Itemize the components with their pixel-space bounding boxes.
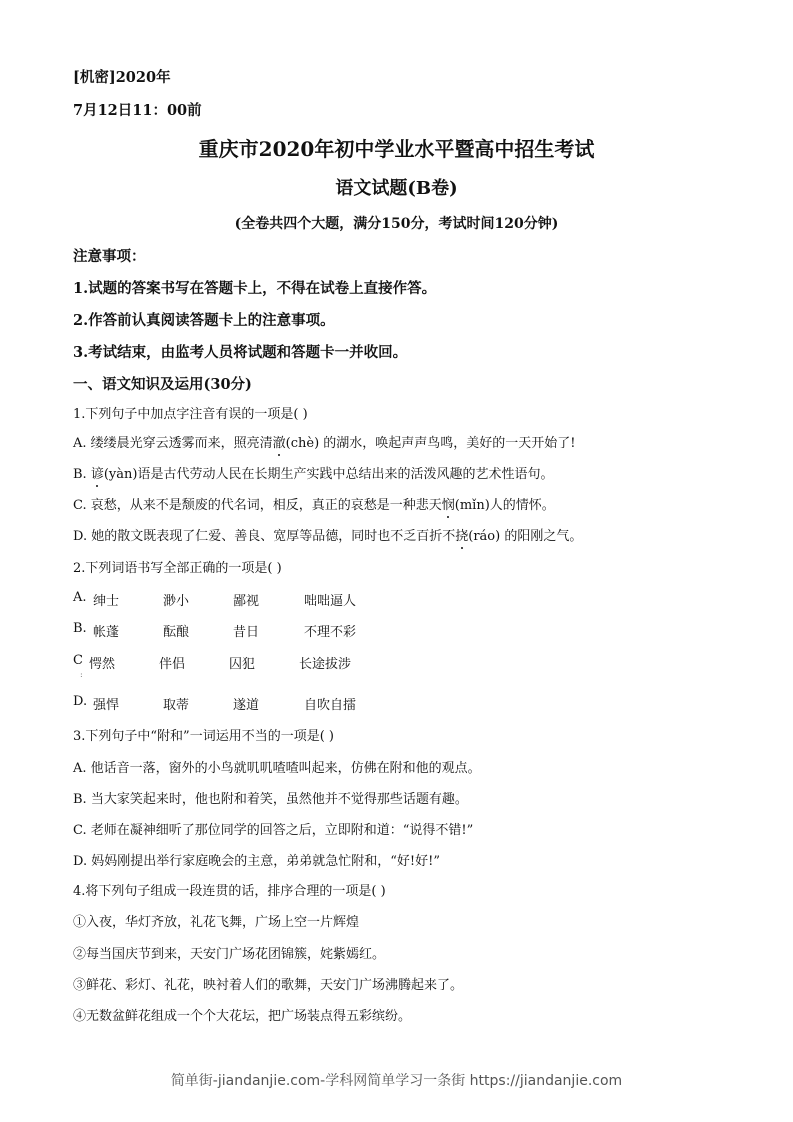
option-word: 取蒂 [163, 694, 189, 713]
option-word: 长途拔涉 [299, 653, 351, 672]
question-4-stem: 4.将下列句子组成一段连贯的话，排序合理的一项是( ) [73, 880, 386, 899]
option-text: A. 缕缕晨光穿云透雾而来，照亮清 [73, 436, 273, 451]
question-1-stem: 1.下列句子中加点字注音有误的一项是( ) [73, 403, 308, 422]
option-word: 昔日 [233, 621, 259, 640]
question-1-option-c: C. 哀愁，从来不是颓废的代名词，相反，真正的哀愁是一种悲天悯(mǐn)人的情怀… [73, 494, 555, 513]
exam-info: (全卷共四个大题，满分150分，考试时间120分钟) [0, 213, 793, 233]
section-heading: 一、语文知识及运用(30分) [73, 373, 252, 394]
dotted-char: 谚 [91, 463, 104, 482]
question-4-item: ③鲜花、彩灯、礼花，映衬着人们的歌舞，天安门广场沸腾起来了。 [73, 974, 463, 993]
dotted-char: 挠 [455, 525, 468, 544]
option-word: 绅士 [93, 590, 119, 609]
notice-item: 1.试题的答案书写在答题卡上，不得在试卷上直接作答。 [73, 277, 436, 298]
option-word: 囚犯 [229, 653, 255, 672]
exam-title: 重庆市2020年初中学业水平暨高中招生考试 [0, 133, 793, 162]
dotted-char: 悯 [442, 494, 455, 513]
option-word: 酝酿 [163, 621, 189, 640]
question-4-item: ④无数盆鲜花组成一个个大花坛，把广场装点得五彩缤纷。 [73, 1005, 411, 1024]
question-3-option-c: C. 老师在凝神细听了那位同学的回答之后，立即附和道：“说得不错!” [73, 819, 473, 838]
question-1-option-d: D. 她的散文既表现了仁爱、善良、宽厚等品德，同时也不乏百折不挠(ráo) 的阳… [73, 525, 582, 544]
option-word: 咄咄逼人 [304, 590, 356, 609]
option-word: 遂道 [233, 694, 259, 713]
notice-item: 2.作答前认真阅读答题卡上的注意事项。 [73, 309, 335, 330]
option-word: 不理不彩 [304, 621, 356, 640]
deadline-label: 7月12日11：00前 [73, 99, 202, 120]
option-label: A. [73, 590, 87, 605]
option-text: C. 哀愁，从来不是颓废的代名词，相反，真正的哀愁是一种悲天 [73, 498, 442, 513]
option-word: 愕然 [89, 653, 115, 672]
option-word: 鄙视 [233, 590, 259, 609]
option-text: (mǐn)人的情怀。 [455, 498, 555, 513]
option-text: D. 她的散文既表现了仁爱、善良、宽厚等品德，同时也不乏百折不 [73, 529, 455, 544]
exam-subtitle: 语文试题(B卷) [0, 174, 793, 200]
option-text: (chè) 的湖水，唤起声声鸟鸣，美好的一天开始了! [286, 436, 576, 451]
question-3-option-b: B. 当大家笑起来时，他也附和着笑，虽然他并不觉得那些话题有趣。 [73, 788, 468, 807]
option-word: 自吹自擂 [304, 694, 356, 713]
option-label: B. [73, 621, 87, 636]
question-3-option-a: A. 他话音一落，窗外的小鸟就叽叽喳喳叫起来，仿佛在附和他的观点。 [73, 757, 481, 776]
option-text: (yàn)语是古代劳动人民在长期生产实践中总结出来的活泼风趣的艺术性语句。 [104, 467, 554, 482]
notice-item: 3.考试结束，由监考人员将试题和答题卡一并收回。 [73, 341, 407, 362]
confidential-label: [机密]2020年 [73, 66, 171, 87]
question-4-item: ①入夜，华灯齐放，礼花飞舞，广场上空一片辉煌 [73, 911, 359, 930]
option-word: 帐蓬 [93, 621, 119, 640]
stray-mark: : [80, 670, 83, 679]
option-text: (ráo) 的阳刚之气。 [468, 529, 582, 544]
option-label: D. [73, 694, 87, 709]
exam-page: [机密]2020年 7月12日11：00前 重庆市2020年初中学业水平暨高中招… [0, 0, 793, 1122]
dotted-char: 澈 [273, 432, 286, 451]
option-label: C [73, 653, 83, 668]
option-word: 伴侣 [159, 653, 185, 672]
question-3-option-d: D. 妈妈刚提出举行家庭晚会的主意，弟弟就急忙附和，“好!好!” [73, 850, 440, 869]
notice-heading: 注意事项： [73, 245, 146, 266]
watermark-footer: 简单街-jiandanjie.com-学科网简单学习一条街 https://ji… [0, 1070, 793, 1090]
question-1-option-b: B. 谚(yàn)语是古代劳动人民在长期生产实践中总结出来的活泼风趣的艺术性语句… [73, 463, 553, 482]
question-1-option-a: A. 缕缕晨光穿云透雾而来，照亮清澈(chè) 的湖水，唤起声声鸟鸣，美好的一天… [73, 432, 576, 451]
question-2-stem: 2.下列词语书写全部正确的一项是( ) [73, 557, 282, 576]
option-word: 渺小 [163, 590, 189, 609]
option-word: 强悍 [93, 694, 119, 713]
option-text: B. [73, 467, 91, 482]
question-3-stem: 3.下列句子中“附和”一词运用不当的一项是( ) [73, 725, 334, 744]
question-4-item: ②每当国庆节到来，天安门广场花团锦簇，姹紫嫣红。 [73, 943, 385, 962]
